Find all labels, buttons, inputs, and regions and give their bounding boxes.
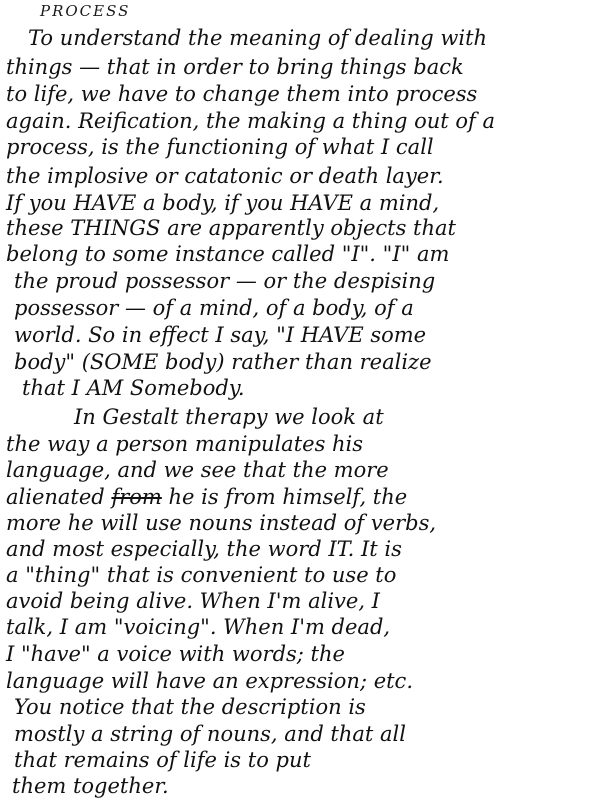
page-title: PROCESS bbox=[40, 2, 130, 20]
text-line: the proud possessor — or the despising bbox=[14, 267, 435, 295]
text-line: To understand the meaning of dealing wit… bbox=[28, 24, 487, 52]
text-line: the way a person manipulates his bbox=[6, 430, 363, 458]
text-line: the implosive or catatonic or death laye… bbox=[6, 162, 444, 190]
text-line: and most especially, the word IT. It is bbox=[6, 535, 402, 563]
text-line: that remains of life is to put bbox=[14, 746, 311, 774]
text-line: them together. bbox=[12, 772, 169, 800]
text-line: alienated from he is from himself, the bbox=[6, 483, 407, 511]
text-line: If you HAVE a body, if you HAVE a mind, bbox=[6, 189, 439, 217]
text-line: a "thing" that is convenient to use to bbox=[6, 561, 396, 589]
paragraph-start-line: In Gestalt therapy we look at bbox=[74, 403, 384, 431]
text-line: that I AM Somebody. bbox=[22, 374, 245, 402]
text-line: belong to some instance called "I". "I" … bbox=[6, 240, 449, 268]
text-line: again. Reification, the making a thing o… bbox=[6, 107, 495, 135]
text-line: body" (SOME body) rather than realize bbox=[14, 348, 432, 376]
text-line: these THINGS are apparently objects that bbox=[6, 214, 456, 242]
text-line: language, and we see that the more bbox=[6, 456, 389, 484]
handwritten-page: PROCESS To understand the meaning of dea… bbox=[0, 0, 611, 803]
text-line: language will have an expression; etc. bbox=[6, 667, 413, 695]
text-segment: he is from himself, the bbox=[169, 485, 408, 509]
text-line: possessor — of a mind, of a body, of a bbox=[14, 294, 414, 322]
struck-out-word: from bbox=[111, 485, 161, 509]
text-line: world. So in effect I say, "I HAVE some bbox=[14, 321, 426, 349]
text-line: more he will use nouns instead of verbs, bbox=[6, 509, 436, 537]
text-line: mostly a string of nouns, and that all bbox=[14, 720, 406, 748]
text-line: process, is the functioning of what I ca… bbox=[6, 133, 434, 161]
text-line: I "have" a voice with words; the bbox=[6, 640, 345, 668]
text-line: to life, we have to change them into pro… bbox=[6, 80, 477, 108]
text-line: things — that in order to bring things b… bbox=[6, 53, 464, 81]
text-line: avoid being alive. When I'm alive, I bbox=[6, 587, 380, 615]
text-line: You notice that the description is bbox=[14, 693, 366, 721]
text-segment: alienated bbox=[6, 485, 105, 509]
text-line: talk, I am "voicing". When I'm dead, bbox=[6, 613, 390, 641]
